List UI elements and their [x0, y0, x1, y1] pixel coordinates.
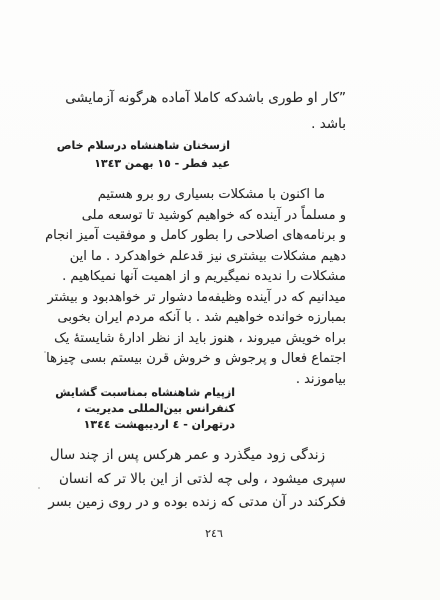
attribution-royal-salaam: ازسخنان شاهنشاه درسلام خاص عید فطر - ١٥ … — [57, 137, 230, 173]
page-number: ٢٤٦ — [182, 527, 246, 540]
passage-line: براه خویش میروند ، هنوز باید از نظر ادار… — [68, 329, 346, 350]
passage-line: دهیم مشکلات بیشتری نیز قدعلم خواهدکرد . … — [68, 247, 346, 268]
scan-speckle — [44, 351, 46, 353]
attribution-source-line: ازسخنان شاهنشاه درسلام خاص — [57, 137, 230, 155]
passage-line: باشد . — [68, 111, 346, 137]
passage-line: بمبارزه خوانده خواهیم شد . با آنکه مردم … — [68, 308, 346, 329]
passage-line: ”کار او طوری باشدکه کاملا آماده هرگونه آ… — [68, 85, 346, 111]
passage-line: زندگی زود میگذرد و عمر هرکس پس از چند سا… — [68, 444, 346, 468]
passage-quote-3: زندگی زود میگذرد و عمر هرکس پس از چند سا… — [68, 444, 346, 515]
scanned-book-page: ”کار او طوری باشدکه کاملا آماده هرگونه آ… — [0, 0, 440, 600]
passage-line: سپری میشود ، ولی چه لذتی از این بالا تر … — [68, 468, 346, 492]
attribution-management-conference: ازپیام شاهنشاه بمناسبت گشایش کنفرانس بین… — [55, 385, 235, 433]
passage-line: میدانیم که در آینده وظیفه‌ما دشوار تر خو… — [68, 288, 346, 309]
attribution-source-line: ازپیام شاهنشاه بمناسبت گشایش — [55, 385, 235, 401]
passage-quote-1: ”کار او طوری باشدکه کاملا آماده هرگونه آ… — [68, 85, 346, 137]
passage-line: و برنامه‌های اصلاحی را بطور کامل و موفقی… — [68, 226, 346, 247]
passage-line: مشکلات را ندیده نمیگیریم و از اهمیت آنها… — [68, 267, 346, 288]
scan-speckle — [38, 487, 40, 489]
passage-line: ما اکنون با مشکلات بسیاری رو برو هستیم — [68, 185, 346, 206]
passage-line: و مسلماً در آینده که خواهیم کوشید تا توس… — [68, 206, 346, 227]
passage-quote-2: ما اکنون با مشکلات بسیاری رو برو هستیم و… — [68, 185, 346, 390]
attribution-date-line: درتهران - ٤ اردیبهشت ١٣٤٤ — [55, 417, 235, 433]
attribution-date-line: عید فطر - ١٥ بهمن ١٣٤٣ — [57, 155, 230, 173]
passage-line: اجتماع فعال و پرجوش و خروش قرن بیستم بسی… — [68, 349, 346, 370]
passage-line: فکرکند در آن مدتی که زنده بوده و در روی … — [68, 491, 346, 515]
attribution-source-line: کنفرانس بین‌المللی مدیریت ، — [55, 401, 235, 417]
